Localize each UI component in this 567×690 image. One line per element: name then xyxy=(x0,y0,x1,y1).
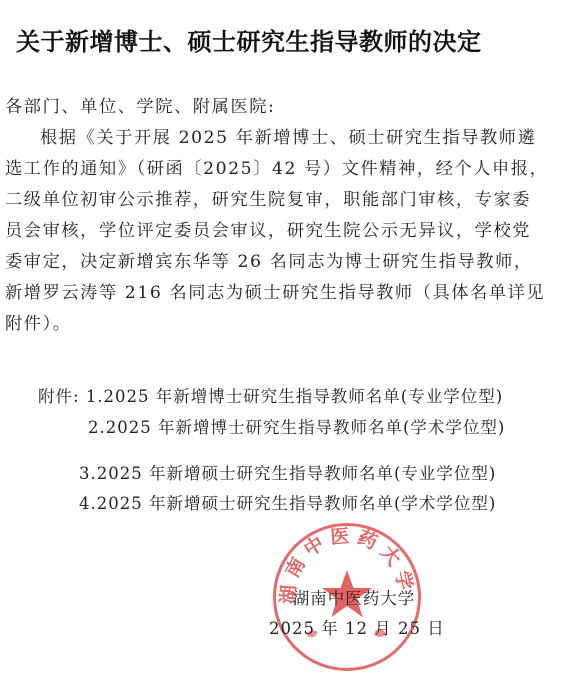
signature-organization: 湖南中医药大学 xyxy=(275,584,425,614)
body-line: 根据《关于开展 2025 年新增博士、硕士研究生指导教师遴 xyxy=(5,123,525,154)
attachment-item-3[interactable]: 3.2025 年新增硕士研究生指导教师名单(专业学位型) xyxy=(79,458,496,489)
body-line: 委审定，决定新增宾东华等 26 名同志为博士研究生指导教师， xyxy=(5,247,525,278)
body-line: 附件）。 xyxy=(5,309,525,340)
body-line: 员会审核，学位评定委员会审议，研究生院公示无异议，学校党 xyxy=(5,216,525,247)
body-line: 选工作的通知》（研函〔2025〕42 号）文件精神，经个人申报， xyxy=(5,154,525,185)
signature-block: 湖南中医药大学 2025 年 12 月 25 日 xyxy=(275,584,425,644)
attachment-item-1[interactable]: 附件: 1.2025 年新增博士研究生指导教师名单(专业学位型) xyxy=(38,381,503,412)
attachment-item-4[interactable]: 4.2025 年新增硕士研究生指导教师名单(学术学位型) xyxy=(79,488,496,519)
body-line: 新增罗云涛等 216 名同志为硕士研究生指导教师（具体名单详见 xyxy=(5,278,525,309)
body-line: 二级单位初审公示推荐，研究生院复审，职能部门审核，专家委 xyxy=(5,185,525,216)
signature-date: 2025 年 12 月 25 日 xyxy=(269,614,425,644)
document-body: 各部门、单位、学院、附属医院: 根据《关于开展 2025 年新增博士、硕士研究生… xyxy=(5,92,525,340)
salutation: 各部门、单位、学院、附属医院: xyxy=(5,92,525,123)
attachment-item-2[interactable]: 2.2025 年新增博士研究生指导教师名单(学术学位型) xyxy=(88,412,505,443)
attachments-label: 附件: xyxy=(38,387,86,406)
document-title: 关于新增博士、硕士研究生指导教师的决定 xyxy=(16,22,482,57)
